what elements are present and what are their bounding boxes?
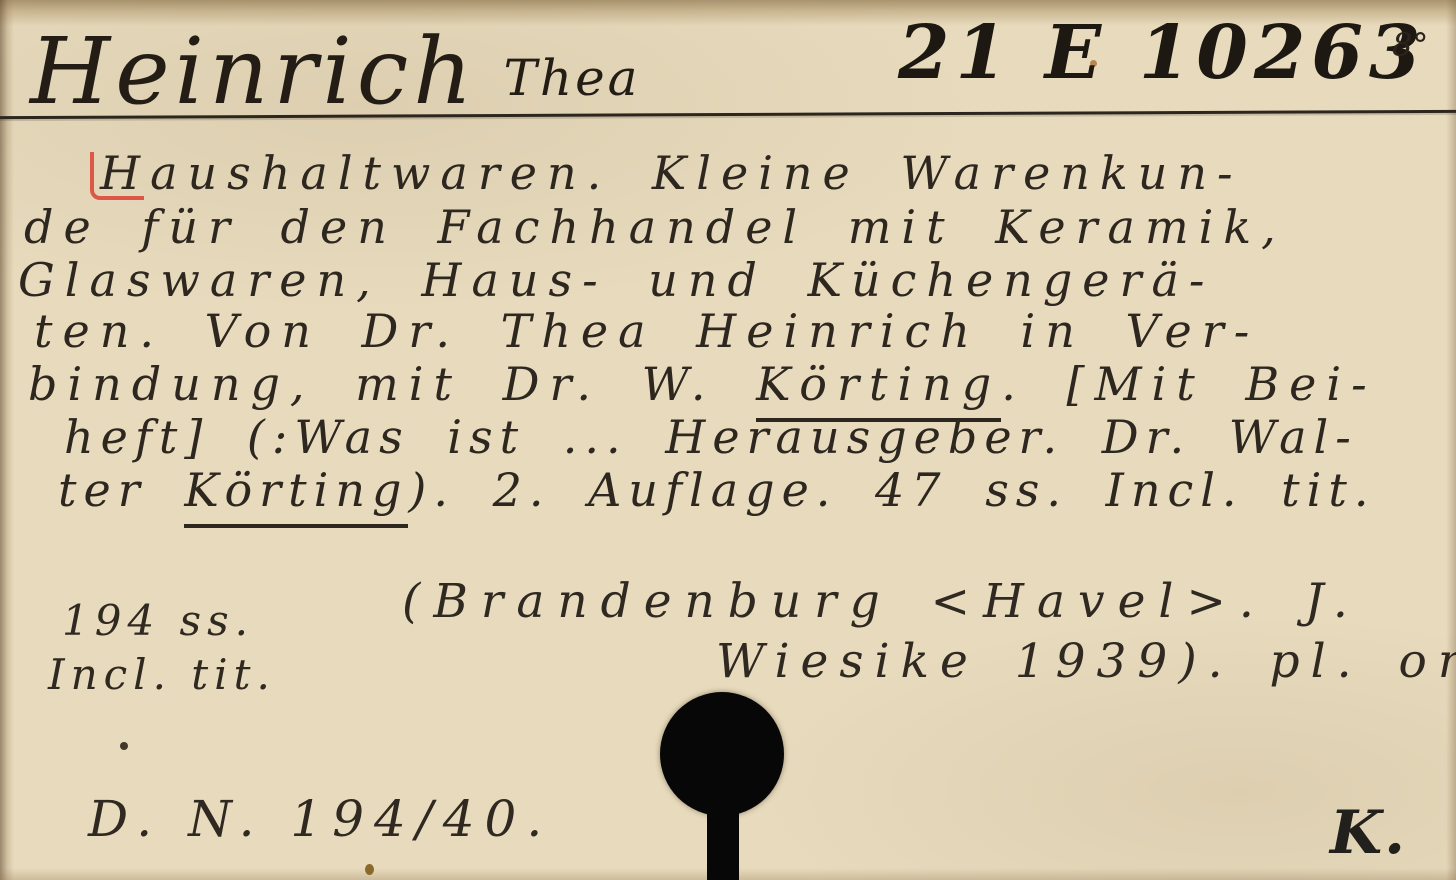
author-surname: Heinrich [30, 18, 478, 125]
collation-pages: 194 ss. [62, 596, 254, 645]
call-number: 21 E 10263 [898, 10, 1426, 96]
body-text: . [Mit Bei- [1001, 357, 1376, 411]
underlined-text: Körting [184, 463, 408, 528]
imprint-publisher-year: Wiesike 1939). pl. or. [716, 634, 1456, 689]
body-line-6: heft] (:Was ist ... Herausgeber. Dr. Wal… [64, 414, 1358, 460]
author-forename: Thea [504, 49, 641, 107]
paper-speck [365, 864, 374, 875]
body-line-7: ter Körting). 2. Auflage. 47 ss. Incl. t… [58, 467, 1375, 513]
card-left-edge-shadow [0, 0, 14, 880]
body-line-3: Glaswaren, Haus- und Küchengerä- [18, 257, 1214, 303]
body-line-1: Haushaltwaren. Kleine Warenkun- [100, 150, 1243, 196]
body-text: Glaswaren, Haus- und Küchengerä- [18, 253, 1214, 307]
imprint-place: (Brandenburg <Havel>. J. [402, 574, 1361, 629]
body-text: heft] (:Was ist ... Herausgeber. Dr. Wal… [64, 410, 1358, 464]
card-right-edge-shadow [1446, 0, 1456, 880]
catalog-card: HeinrichThea 21 E 10263 8° Haushaltwaren… [0, 0, 1456, 880]
body-line-2: de für den Fachhandel mit Keramik, [24, 204, 1286, 250]
body-line-4: ten. Von Dr. Thea Heinrich in Ver- [34, 308, 1259, 354]
body-text: de für den Fachhandel mit Keramik, [24, 200, 1286, 254]
cataloguer-initial: K. [1330, 798, 1407, 868]
body-text: ter [58, 463, 184, 517]
accession-number: D. N. 194/40. [88, 790, 552, 848]
body-line-5: bindung, mit Dr. W. Körting. [Mit Bei- [28, 361, 1377, 407]
format-notation: 8° [1392, 26, 1428, 64]
author-heading: HeinrichThea [30, 18, 640, 125]
paper-speck [120, 742, 128, 750]
body-text: ). 2. Auflage. 47 ss. Incl. tit. [408, 463, 1375, 517]
body-text: Haushaltwaren. Kleine Warenkun- [100, 146, 1243, 200]
collation-incl-tit: Incl. tit. [48, 650, 276, 699]
body-text: bindung, mit Dr. W. [28, 357, 756, 411]
body-text: ten. Von Dr. Thea Heinrich in Ver- [34, 304, 1259, 358]
punch-hole-slot [707, 788, 739, 880]
